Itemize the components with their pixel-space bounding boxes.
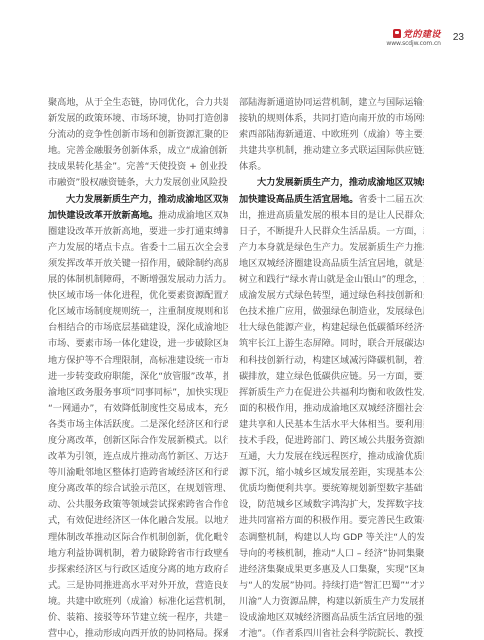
text-line: 面的积极作用，推动成渝地区双城经济圈社会事业共 <box>239 401 424 417</box>
text-line: 态调整机制，构建以人均 GDP 等关注“人的发展”为 <box>239 530 424 546</box>
text-line: 导向的考核机制，推动“人口 – 经济”协同集聚，促 <box>239 546 424 562</box>
text-line: 索西部陆海新通道、中欧班列（成渝）等主要大通道 <box>239 127 424 143</box>
text-line: 建共享和人民基本生活水平大体相当。要利用数字化 <box>239 417 424 433</box>
text-line: 进经济集聚成果更多惠及人口集聚，实现“区域繁荣” <box>239 562 424 578</box>
text-line: 技术手段，促进跨部门、跨区域公共服务资源的互联 <box>239 433 424 449</box>
text-line: 快区域市场一体化进程，优化要素资源配置方式。强 <box>48 288 228 304</box>
left-column: 聚高地，从于全生态链，协同优化，合力共建影响创 新发展的政策环境、市场环境，协同… <box>48 95 228 640</box>
text-line: 日子，不断提升人民群众生活品质。一方面，新质生 <box>239 224 424 240</box>
text-line: 改革为引领，连点成片推动高竹新区、万达开、遂潼 <box>48 449 228 465</box>
text-line: 各类市场主体活跃度。二是深化经济区和行政区适 <box>48 417 228 433</box>
logo-title: 党的建设 <box>403 27 441 40</box>
text-line: 产力发展的堵点卡点。省委十二届五次全会要求，必 <box>48 240 228 256</box>
text-line: 树立和践行“绿水青山就是金山银山”的理念，加快 <box>239 272 424 288</box>
text-line: 度分离改革，创新区际合作发展新模式。以行政垂组 <box>48 433 228 449</box>
section-heading: 大力发展新质生产力，推动成渝地区双城经济圈 <box>48 192 228 208</box>
party-emblem-icon <box>393 29 401 38</box>
text-line: 理体制改革推动区际合作机制创新，优化毗邻地区 <box>48 530 228 546</box>
text-line: 聚高地，从于全生态链，协同优化，合力共建影响创 <box>48 95 228 111</box>
text-line: 式。三是协同推进高水平对外开放，营造良好发展环 <box>48 578 228 594</box>
page-header: 党的建设 www.scdjw.com.cn 23 <box>386 28 464 50</box>
text-line: 圈建设改革开放新高地，要进一步打通束缚新质生 <box>48 224 228 240</box>
text-line: 优质均衡便利共享。要统筹规划新型数字基础设施建 <box>239 481 424 497</box>
text-line: 市场、要素市场一体化建设，进一步破除区域分割和 <box>48 336 228 352</box>
text-line: 设成渝地区双城经济圈高品质生活宜居地的强大“人 <box>239 610 424 626</box>
author-note: 才池”。（作者系四川省社会科学院院长、教授） <box>239 628 424 639</box>
text-line: 动、公共服务政策等领域尝试探索跨省合作创新模 <box>48 497 228 513</box>
text-line: 营中心，推动形成向西开放的协同格局。探索建设西 <box>48 626 228 640</box>
text-line: 加快建设高品质生活宜居地。省委十二届五次全会指 <box>239 192 424 208</box>
text-line: 地方保护等不合理限制，高标准建设统一市场体系。 <box>48 353 228 369</box>
text-line: “一网通办”，有效降低制度性交易成本，充分激发 <box>48 401 228 417</box>
text-run: 推动成渝地区双城经济 <box>158 210 228 221</box>
text-line: 与“人的发展”协同。持续打造“智汇巴蜀”“才兴 <box>239 578 424 594</box>
text-line: 度分离改革的综合试验示范区，在规划管理、要素流 <box>48 481 228 497</box>
text-line: 挥新质生产力在促进公共福利均衡和收敛性发展方 <box>239 385 424 401</box>
text-line: 步探索经济区与行政区适度分离的地方政府合作模 <box>48 562 228 578</box>
text-line: 境。共建中欧班列（成渝）标准化运营机制，在运 <box>48 594 228 610</box>
section-heading-cont: 加快建设改革开放新高地。 <box>48 210 158 221</box>
text-line: 共建共享机制，推动建立多式联运国际供应链运输 <box>239 143 424 159</box>
text-line: 化区域市场制度规则统一，注重制度规则和设施平 <box>48 304 228 320</box>
text-line: 等川渝毗邻地区整体打造跨省域经济区和行政区适 <box>48 465 228 481</box>
magazine-logo: 党的建设 www.scdjw.com.cn <box>386 28 440 47</box>
page-number: 23 <box>453 32 464 43</box>
text-line: 分流动的竞争性创新市场和创新资源汇聚的区域性高 <box>48 127 228 143</box>
text-line: 出，推进高质量发展的根本目的是让人民群众过上好 <box>239 208 424 224</box>
text-line: 加快建设改革开放新高地。推动成渝地区双城经济 <box>48 208 228 224</box>
text-line: 壮大绿色能源产业，构建起绿色低碳循环经济体系， <box>239 320 424 336</box>
section-heading-cont: 加快建设高品质生活宜居地。 <box>239 194 358 205</box>
text-line: 进一步转变政府职能，深化“放管服”改革，推动成 <box>48 369 228 385</box>
text-line: 须发挥改革开放关键一招作用，破除制约高质量发 <box>48 256 228 272</box>
right-column: 部陆海新通道协同运营机制，建立与国际运输条约 接轨的规则体系，共同打造向南开放的… <box>239 95 424 640</box>
text-line: 才池”。（作者系四川省社会科学院院长、教授） <box>239 626 424 640</box>
text-line: 式，有效促进经济区一体化融合发展。以地方行政管 <box>48 513 228 529</box>
text-line: 产力本身就是绿色生产力。发展新质生产力推动成渝 <box>239 240 424 256</box>
text-line: 进共同富裕方面的积极作用。要完善民生政策标准动 <box>239 513 424 529</box>
text-line: 技成果转化基金”。完善“天使投资 + 创业投资 + 上 <box>48 159 228 175</box>
text-line: 互通，大力发展在线远程医疗，推动成渝优质医疗资 <box>239 449 424 465</box>
text-run: 省委十二届五次全会指 <box>358 194 424 205</box>
text-line: 碳排放，建立绿色低碳供应链。另一方面，要充分发 <box>239 369 424 385</box>
text-line: 展的体制机制障碍，不断增强发展动力活力。一是加 <box>48 272 228 288</box>
text-line: 部陆海新通道协同运营机制，建立与国际运输条约 <box>239 95 424 111</box>
text-line: 价、装箱、接驳等环节建立统一程序，共建一体化运 <box>48 610 228 626</box>
text-line: 地区双城经济圈建设高品质生活宜居地，就是要牢固 <box>239 256 424 272</box>
text-line: 地方利益协调机制，着力破除跨省市行政壁垒，进一 <box>48 546 228 562</box>
text-line: 市融资”股权融资链条，大力发展创业风险投资。 <box>48 175 228 191</box>
text-line: 川渝”人力资源品牌，构建以新质生产力发展推动建 <box>239 594 424 610</box>
text-line: 筑牢长江上游生态屏障。同时，联合开展碳达峰碳中 <box>239 336 424 352</box>
text-line: 接轨的规则体系，共同打造向南开放的市场网络。探 <box>239 111 424 127</box>
text-line: 台相结合的市场底层基础建设，深化成渝地区商品 <box>48 320 228 336</box>
text-line: 源下沉，缩小城乡区域发展差距，实现基本公共服务 <box>239 465 424 481</box>
text-line: 和科技创新行动，构建区域减污降碳机制，着力减少 <box>239 353 424 369</box>
text-line: 渝地区政务服务事项“同事同标”，加快实现区域内 <box>48 385 228 401</box>
text-line: 体系。 <box>239 159 424 175</box>
logo-url: www.scdjw.com.cn <box>386 40 440 47</box>
text-line: 设，防范城乡区域数字鸿沟扩大，发挥数字技术在促 <box>239 497 424 513</box>
text-line: 色技术推广应用，做强绿色制造业，发展绿色服务业， <box>239 304 424 320</box>
text-line: 成渝发展方式绿色转型，通过绿色科技创新和先进绿 <box>239 288 424 304</box>
text-line: 新发展的政策环境、市场环境，协同打造创新要素充 <box>48 111 228 127</box>
text-line: 地。完善金融服务创新体系，成立“成渝创新走廊科 <box>48 143 228 159</box>
section-heading: 大力发展新质生产力，推动成渝地区双城经济圈 <box>239 175 424 191</box>
